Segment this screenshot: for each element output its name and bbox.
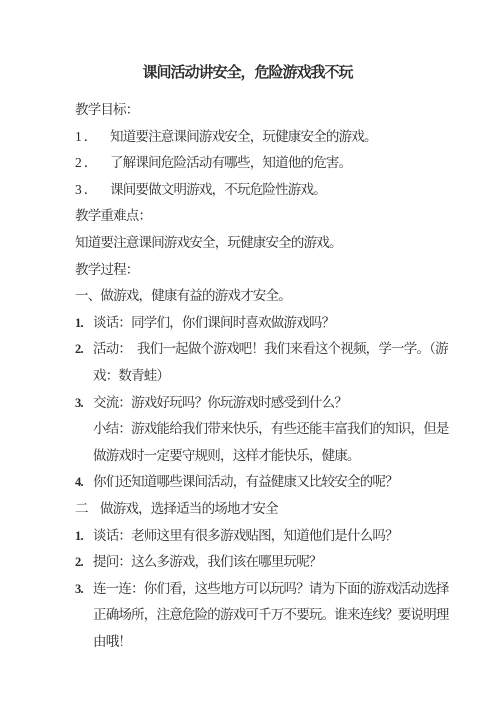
step-text: 活动： 我们一起做个游戏吧！我们来看这个视频，学一学。（游 bbox=[93, 336, 448, 363]
list-marker: 2. bbox=[75, 549, 93, 576]
section-heading-key-points: 教学重难点： bbox=[75, 203, 440, 230]
list-marker: 4. bbox=[75, 469, 93, 496]
list-marker: 3． bbox=[75, 177, 110, 204]
summary-line: 做游戏时一定要守规则，这样才能快乐，健康。 bbox=[75, 443, 440, 470]
subsection-heading-one: 一、做游戏，健康有益的游戏才安全。 bbox=[75, 283, 440, 310]
step-text: 你们还知道哪些课间活动，有益健康又比较安全的呢？ bbox=[93, 469, 398, 496]
process-step: 2. 提问：这么多游戏，我们该在哪里玩呢？ bbox=[75, 549, 440, 576]
document-page: 课间活动讲安全，危险游戏我不玩 教学目标： 1． 知道要注意课间游戏安全，玩健康… bbox=[0, 0, 500, 707]
continuation-line: 戏：数青蛙） bbox=[75, 363, 440, 390]
key-points-paragraph: 知道要注意课间游戏安全，玩健康安全的游戏。 bbox=[75, 230, 440, 257]
continuation-line: 由哦！ bbox=[75, 629, 440, 656]
list-marker: 1. bbox=[75, 523, 93, 550]
step-text: 提问：这么多游戏，我们该在哪里玩呢？ bbox=[93, 549, 322, 576]
summary-text: 做游戏时一定要守规则，这样才能快乐，健康。 bbox=[93, 443, 360, 470]
process-step: 3. 交流：游戏好玩吗？你玩游戏时感受到什么？ bbox=[75, 390, 440, 417]
list-marker: 2． bbox=[75, 150, 110, 177]
heading-text: 教学重难点： bbox=[75, 203, 151, 230]
process-step: 4. 你们还知道哪些课间活动，有益健康又比较安全的呢？ bbox=[75, 469, 440, 496]
document-title: 课间活动讲安全，危险游戏我不玩 bbox=[55, 62, 440, 84]
step-text: 谈话：老师这里有很多游戏贴图，知道他们是什么吗？ bbox=[93, 523, 398, 550]
list-marker: 1． bbox=[75, 124, 110, 151]
list-item-text: 了解课间危险活动有哪些，知道他的危害。 bbox=[110, 150, 351, 177]
heading-text: 教学过程： bbox=[75, 257, 139, 284]
process-step: 2. 活动： 我们一起做个游戏吧！我们来看这个视频，学一学。（游 bbox=[75, 336, 440, 363]
continuation-text: 戏：数青蛙） bbox=[93, 363, 169, 390]
subsection-heading-two: 二 做游戏，选择适当的场地才安全 bbox=[75, 496, 440, 523]
process-step: 1. 谈话：老师这里有很多游戏贴图，知道他们是什么吗？ bbox=[75, 523, 440, 550]
continuation-line: 正确场所，注意危险的游戏可千万不要玩。谁来连线？要说明理 bbox=[75, 602, 440, 629]
goal-list-item: 3． 课间要做文明游戏，不玩危险性游戏。 bbox=[75, 177, 440, 204]
continuation-text: 由哦！ bbox=[93, 629, 131, 656]
list-marker: 3. bbox=[75, 576, 93, 603]
goal-list-item: 2． 了解课间危险活动有哪些，知道他的危害。 bbox=[75, 150, 440, 177]
list-marker: 3. bbox=[75, 390, 93, 417]
list-item-text: 课间要做文明游戏，不玩危险性游戏。 bbox=[110, 177, 326, 204]
section-heading-teaching-process: 教学过程： bbox=[75, 257, 440, 284]
continuation-text: 正确场所，注意危险的游戏可千万不要玩。谁来连线？要说明理 bbox=[93, 602, 449, 629]
heading-text: 教学目标： bbox=[75, 97, 139, 124]
step-text: 交流：游戏好玩吗？你玩游戏时感受到什么？ bbox=[93, 390, 347, 417]
paragraph-text: 知道要注意课间游戏安全，玩健康安全的游戏。 bbox=[75, 230, 342, 257]
summary-text: 小结：游戏能给我们带来快乐，有些还能丰富我们的知识，但是 bbox=[93, 416, 449, 443]
goal-list-item: 1． 知道要注意课间游戏安全，玩健康安全的游戏。 bbox=[75, 124, 440, 151]
process-step: 1. 谈话：同学们，你们课间时喜欢做游戏吗？ bbox=[75, 310, 440, 337]
section-heading-teaching-goals: 教学目标： bbox=[75, 97, 440, 124]
list-marker: 2. bbox=[75, 336, 93, 363]
summary-line: 小结：游戏能给我们带来快乐，有些还能丰富我们的知识，但是 bbox=[75, 416, 440, 443]
list-marker: 1. bbox=[75, 310, 93, 337]
section-number: 二 bbox=[75, 496, 100, 523]
step-text: 谈话：同学们，你们课间时喜欢做游戏吗？ bbox=[93, 310, 334, 337]
process-step: 3. 连一连：你们看，这些地方可以玩吗？请为下面的游戏活动选择 bbox=[75, 576, 440, 603]
step-text: 连一连：你们看，这些地方可以玩吗？请为下面的游戏活动选择 bbox=[93, 576, 449, 603]
list-item-text: 知道要注意课间游戏安全，玩健康安全的游戏。 bbox=[110, 124, 377, 151]
heading-text: 一、做游戏，健康有益的游戏才安全。 bbox=[75, 283, 291, 310]
heading-text: 做游戏，选择适当的场地才安全 bbox=[100, 496, 278, 523]
